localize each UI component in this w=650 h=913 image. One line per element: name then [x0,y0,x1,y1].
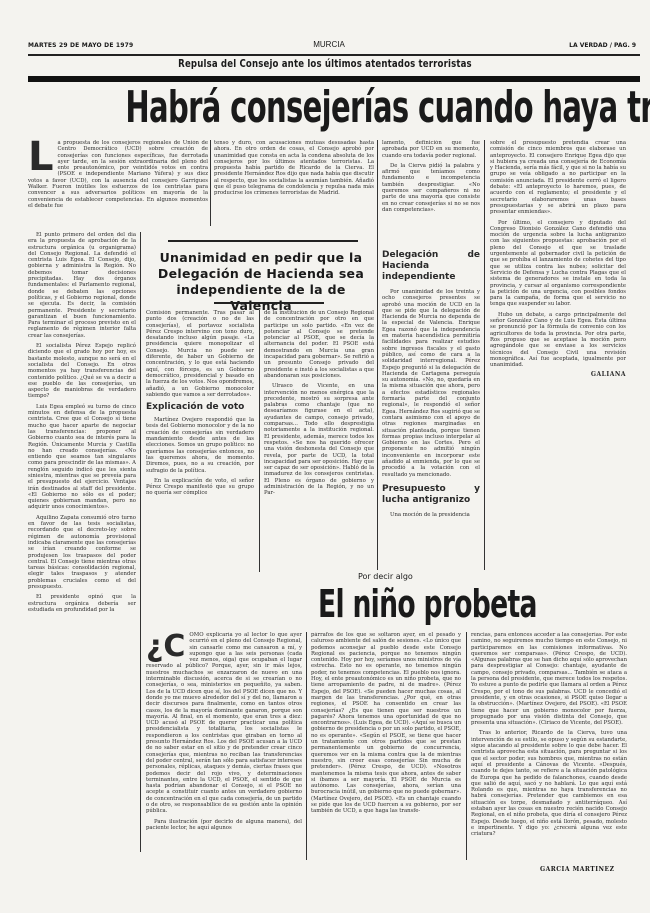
col3-p2: De la Cierva pidió la palabra y afirmó q… [382,163,480,213]
byline-garcia-martinez: GARCIA MARTINEZ [540,866,614,873]
article-top-rule [168,240,358,242]
top-column-3: lamento, definición que fue aprobada por… [382,140,480,238]
section-name: MURCIA [20,40,638,49]
drop-cap: L [28,140,54,174]
main-headline: Habrá consejerías cuando haya transferen… [125,83,534,133]
lead-text: a propuesta de los consejeros regionales… [28,140,208,209]
masthead-rule [28,54,640,56]
col1-p3: Luis Egea empleó su turno de cinco minut… [28,404,136,511]
second-col-a: Comisión permanente. Tras pasar al punto… [146,310,254,572]
col2-text: tenso y duro, con acusaciones mutuas des… [214,140,374,196]
subhead-presupuesto: Presupuesto y lucha antigranizo [382,484,480,506]
third-kicker: Por decir algo [358,572,413,581]
third-colC-p2: Tras lo anterior, Ricardo de la Cierva, … [471,730,627,837]
byline-galiana: GALIANA [490,372,626,378]
colA-p1: Comisión permanente. Tras pasar al punto… [146,310,254,398]
colA-p2: Martínez Ovejero respondió que la tesis … [146,417,254,474]
subhead-delegacion: Delegación de Hacienda independiente [382,250,480,283]
col1-p4: Aquilino Zapata consumió otro turno en f… [28,515,136,591]
colC-p1: Por unanimidad de los treinta y ocho con… [382,289,480,478]
second-col-b: de la institución de un Consejo Regional… [264,310,374,572]
third-col-b: párrafos de los que se soltaron ayer, en… [311,632,461,860]
third-col-a: ¿C OMO explicaría yo al lector lo que ay… [146,632,302,860]
third-col-c: rencias, para entonces acceder a las con… [471,632,627,852]
third-colC-p1: rencias, para entonces acceder a las con… [471,632,627,726]
subhead-explicacion: Explicación de voto [146,402,254,413]
drop-cap: ¿C [146,632,185,662]
second-headline: Unanimidad en pedir que la Delegación de… [146,250,376,314]
right-column: sobre el presupuesto pretendía crear una… [490,140,626,572]
headline-line: Delegación de Hacienda sea [146,266,376,282]
colC-p2: Una moción de la presidencia [382,512,480,518]
col4-p1: sobre el presupuesto pretendía crear una… [490,140,626,216]
kicker: Repulsa del Consejo ante los últimos ate… [72,57,579,70]
column-rule [466,632,467,860]
third-headline: El niño probeta [318,584,537,624]
column-rule [306,632,307,860]
left-column: El punto primero del orden del día era l… [28,232,136,852]
top-column-2: tenso y duro, con acusaciones mutuas des… [214,140,374,226]
colA-p3: En la explicación de voto, el señor Pére… [146,478,254,497]
headline-line: Unanimidad en pedir que la [146,250,376,266]
col1-p1: El punto primero del orden del día era l… [28,232,136,339]
colB-p1: de la institución de un Consejo Regional… [264,310,374,379]
column-rule [484,140,485,570]
column-rule [259,310,260,572]
column-rule [210,140,211,226]
headline-underline [214,302,324,304]
second-col-c: Delegación de Hacienda independiente Por… [382,250,480,572]
col4-p2: Por último, el consejero y diputado del … [490,220,626,308]
masthead: MARTES 29 DE MAYO DE 1979 MURCIA LA VERD… [20,40,638,52]
col4-p3: Hubo un debate, a cargo principalmente d… [490,312,626,369]
col1-p5: El presidente opinó que la estructura or… [28,594,136,613]
column-rule [140,232,141,852]
third-colB-text: párrafos de los que se soltaron ayer, en… [311,632,461,815]
page-number: LA VERDAD / PAG. 9 [569,42,636,49]
col3-p1: lamento, definición que fue aprobada por… [382,140,480,159]
colB-p2: Ulrasco de Vicente, en una intervención … [264,383,374,496]
third-colA-p2: Para ilustración (por decirlo de alguna … [146,819,302,832]
column-rule [377,140,378,570]
col1-p2: El socialista Pérez Espejo replicó dicie… [28,343,136,400]
